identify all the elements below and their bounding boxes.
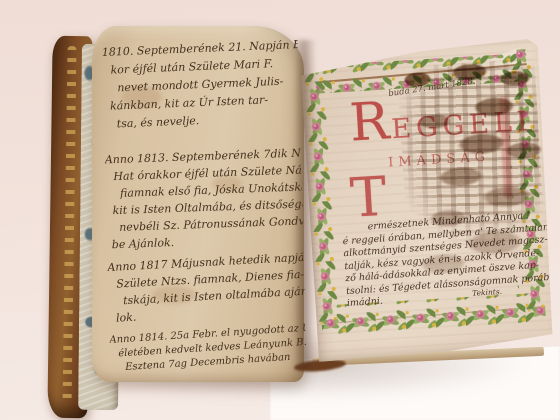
gold-tooling-ornament <box>63 46 77 404</box>
gutter-shadow <box>294 40 316 370</box>
register-entry-1810: 1810. Septemberének 21. Napján Egy órá- … <box>102 36 301 134</box>
left-manuscript-page: 1810. Septemberének 21. Napján Egy órá- … <box>92 26 304 382</box>
register-entry-1813: Anno 1813. Septemberének 7dik Napján Hat… <box>105 145 304 254</box>
signature: Tekints. <box>472 287 502 298</box>
drop-cap-T: T <box>349 170 388 226</box>
right-illuminated-page: buda 27. mart 1828. REGGELI IMÁDSÁG T er… <box>300 38 556 362</box>
register-entry-1814: Anno 1814. 25a Febr. el nyugodott az Urb… <box>109 322 307 376</box>
mold-stain-speckle <box>397 59 547 277</box>
title-initial-R: R <box>348 91 393 153</box>
register-entry-1817: Anno 1817 Májusnak hetedik napján Szület… <box>107 249 306 327</box>
handwritten-register: 1810. Septemberének 21. Napján Egy órá- … <box>102 33 298 38</box>
photo-background: 1810. Septemberének 21. Napján Egy órá- … <box>0 0 560 420</box>
